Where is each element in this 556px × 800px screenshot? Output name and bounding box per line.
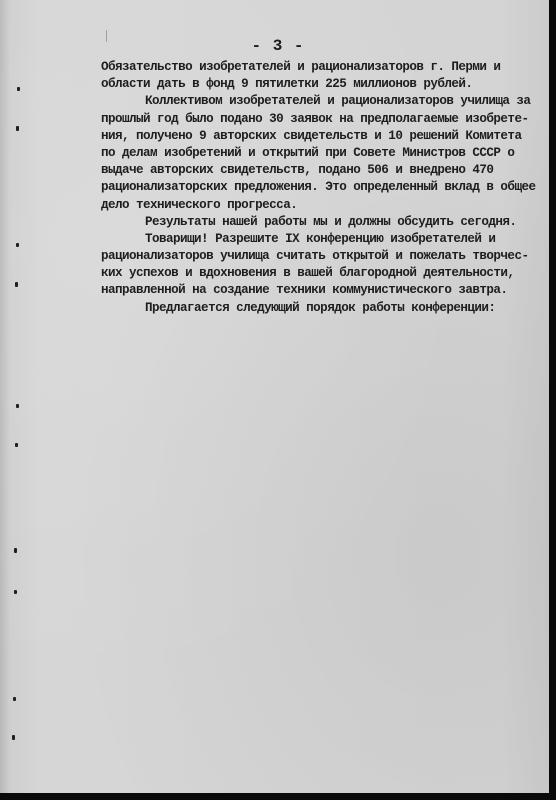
margin-punch-mark	[15, 443, 18, 447]
text-line: Результаты нашей работы мы и должны обсу…	[101, 214, 531, 231]
margin-punch-mark	[15, 282, 18, 287]
text-line: направленной на создание техники коммуни…	[101, 282, 531, 299]
text-line: дело технического прогресса.	[101, 197, 531, 214]
text-line: Обязательство изобретателей и рационализ…	[101, 59, 531, 76]
text-line: Товарищи! Разрешите IX конференцию изобр…	[101, 231, 531, 248]
text-line: прошлый год было подано 30 заявок на пре…	[101, 111, 531, 128]
text-line: ких успехов и вдохновения в вашей благор…	[101, 265, 531, 282]
text-line: области дать в фонд 9 пятилетки 225 милл…	[101, 76, 531, 93]
typewritten-body: Обязательство изобретателей и рационализ…	[101, 59, 531, 317]
margin-punch-mark	[17, 87, 20, 91]
margin-punch-mark	[16, 126, 19, 131]
margin-punch-mark	[16, 404, 19, 408]
text-line: Предлагается следующий порядок работы ко…	[101, 300, 531, 317]
text-line: по делам изобретений и открытий при Сове…	[101, 145, 531, 162]
page-number: - 3 -	[0, 37, 549, 55]
text-line: рационализаторов училища считать открыто…	[101, 248, 531, 265]
margin-punch-mark	[14, 590, 17, 594]
margin-punch-mark	[12, 735, 15, 740]
margin-punch-mark	[13, 697, 16, 701]
text-line: Коллективом изобретателей и рационализат…	[101, 93, 531, 110]
text-line: ния, получено 9 авторских свидетельств и…	[101, 128, 531, 145]
margin-punch-mark	[14, 548, 17, 553]
text-line: выдаче авторских свидетельств, подано 50…	[101, 162, 531, 179]
margin-punch-mark	[16, 243, 19, 247]
document-page: - 3 - Обязательство изобретателей и раци…	[0, 0, 549, 793]
text-line: рационализаторских предложения. Это опре…	[101, 179, 531, 196]
